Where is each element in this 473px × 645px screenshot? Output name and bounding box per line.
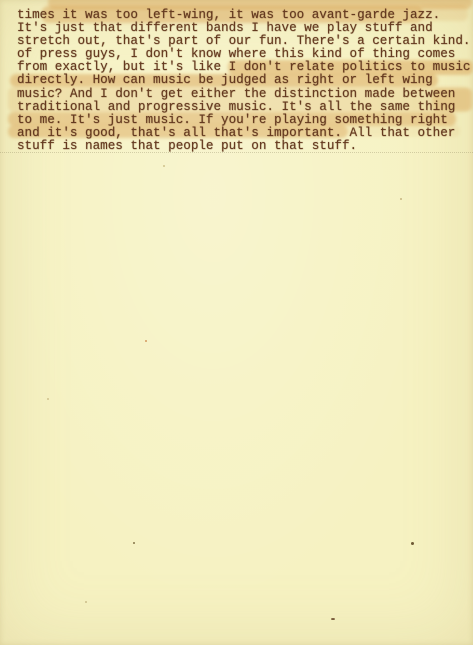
typewritten-line: music? And I don't get either the distin… <box>17 88 470 101</box>
typewritten-paragraph: times it was too left-wing, it was too a… <box>17 9 470 153</box>
typewritten-line: and it's good, that's all that's importa… <box>17 127 470 140</box>
typewritten-line: traditional and progressive music. It's … <box>17 101 470 114</box>
scanned-page: times it was too left-wing, it was too a… <box>0 0 473 645</box>
typewritten-line: directly. How can music be judged as rig… <box>17 74 470 87</box>
typewritten-line: stuff is names that people put on that s… <box>17 140 470 153</box>
typewritten-line: to me. It's just music. If you're playin… <box>17 114 470 127</box>
